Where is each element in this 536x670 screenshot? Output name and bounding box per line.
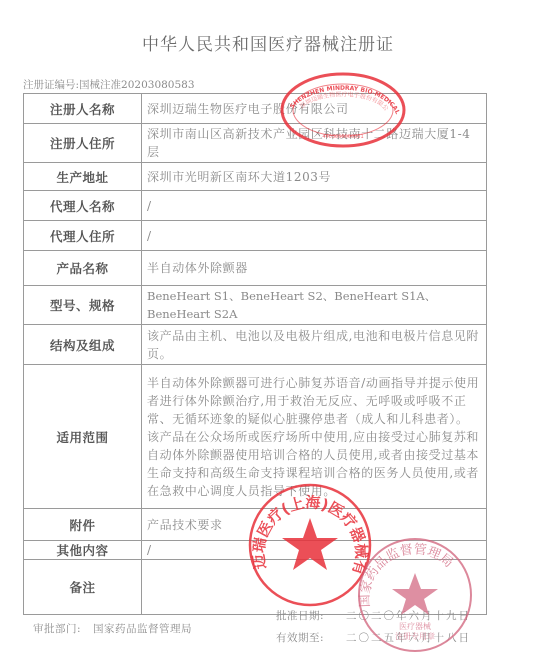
row-label: 注册人住所 [24, 124, 142, 163]
row-label: 适用范围 [24, 365, 142, 509]
approval-date-label: 批准日期: [276, 610, 324, 622]
registration-number-value: 国械注准20203080583 [79, 79, 195, 91]
row-label: 生产地址 [24, 163, 142, 191]
valid-until-label: 有效期至: [276, 632, 324, 644]
table-row: 产品名称 半自动体外除颤器 [24, 251, 487, 286]
approval-department-label: 审批部门: [33, 623, 81, 635]
row-value: 深圳市南山区高新技术产业园区科技南十二路迈瑞大厦1-4层 [142, 124, 487, 163]
table-row: 注册人名称 深圳迈瑞生物医疗电子股份有限公司 [24, 94, 487, 124]
table-row: 型号、规格 BeneHeart S1、BeneHeart S2、BeneHear… [24, 286, 487, 325]
table-row: 生产地址 深圳市光明新区南环大道1203号 [24, 163, 487, 191]
approval-department-value: 国家药品监督管理局 [93, 623, 192, 635]
row-label: 代理人名称 [24, 191, 142, 221]
approval-department: 审批部门:国家药品监督管理局 [33, 621, 192, 636]
approval-date: 批准日期:二〇二〇年六月十九日 [276, 608, 471, 623]
row-label: 结构及组成 [24, 325, 142, 365]
row-value: / [142, 191, 487, 221]
row-value: 半自动体外除颤器可进行心肺复苏语音/动画指导并提示使用者进行体外除颤治疗,用于救… [142, 365, 487, 509]
table-row: 代理人名称 / [24, 191, 487, 221]
row-label: 代理人住所 [24, 221, 142, 251]
row-label: 型号、规格 [24, 286, 142, 325]
table-row: 适用范围 半自动体外除颤器可进行心肺复苏语音/动画指导并提示使用者进行体外除颤治… [24, 365, 487, 509]
row-label: 附件 [24, 509, 142, 541]
row-value: 产品技术要求 [142, 509, 487, 541]
row-value: / [142, 221, 487, 251]
table-row: 附件 产品技术要求 [24, 509, 487, 541]
row-label: 产品名称 [24, 251, 142, 286]
table-row: 其他内容 / [24, 541, 487, 560]
row-label: 注册人名称 [24, 94, 142, 124]
valid-until-value: 二〇二五年六月十八日 [346, 630, 471, 645]
row-value: 深圳迈瑞生物医疗电子股份有限公司 [142, 94, 487, 124]
row-label: 备注 [24, 560, 142, 615]
table-row: 代理人住所 / [24, 221, 487, 251]
valid-until: 有效期至:二〇二五年六月十八日 [276, 630, 471, 645]
row-value: 半自动体外除颤器 [142, 251, 487, 286]
table-row: 结构及组成 该产品由主机、电池以及电极片组成,电池和电极片信息见附页。 [24, 325, 487, 365]
scope-paragraph-2: 该产品在公众场所或医疗场所中使用,应由接受过心肺复苏和自动体外除颤器使用培训合格… [147, 428, 481, 500]
document-title: 中华人民共和国医疗器械注册证 [0, 30, 536, 55]
table-row: 备注 [24, 560, 487, 615]
certificate-table: 注册人名称 深圳迈瑞生物医疗电子股份有限公司 注册人住所 深圳市南山区高新技术产… [23, 93, 487, 615]
registration-number: 注册证编号:国械注准20203080583 [23, 77, 195, 92]
scope-paragraph-1: 半自动体外除颤器可进行心肺复苏语音/动画指导并提示使用者进行体外除颤治疗,用于救… [147, 374, 481, 428]
row-value: 该产品由主机、电池以及电极片组成,电池和电极片信息见附页。 [142, 325, 487, 365]
approval-date-value: 二〇二〇年六月十九日 [346, 608, 471, 623]
row-label: 其他内容 [24, 541, 142, 560]
row-value: BeneHeart S1、BeneHeart S2、BeneHeart S1A、… [142, 286, 487, 325]
registration-number-label: 注册证编号: [23, 79, 79, 91]
table-row: 注册人住所 深圳市南山区高新技术产业园区科技南十二路迈瑞大厦1-4层 [24, 124, 487, 163]
row-value: 深圳市光明新区南环大道1203号 [142, 163, 487, 191]
row-value: / [142, 541, 487, 560]
row-value [142, 560, 487, 615]
